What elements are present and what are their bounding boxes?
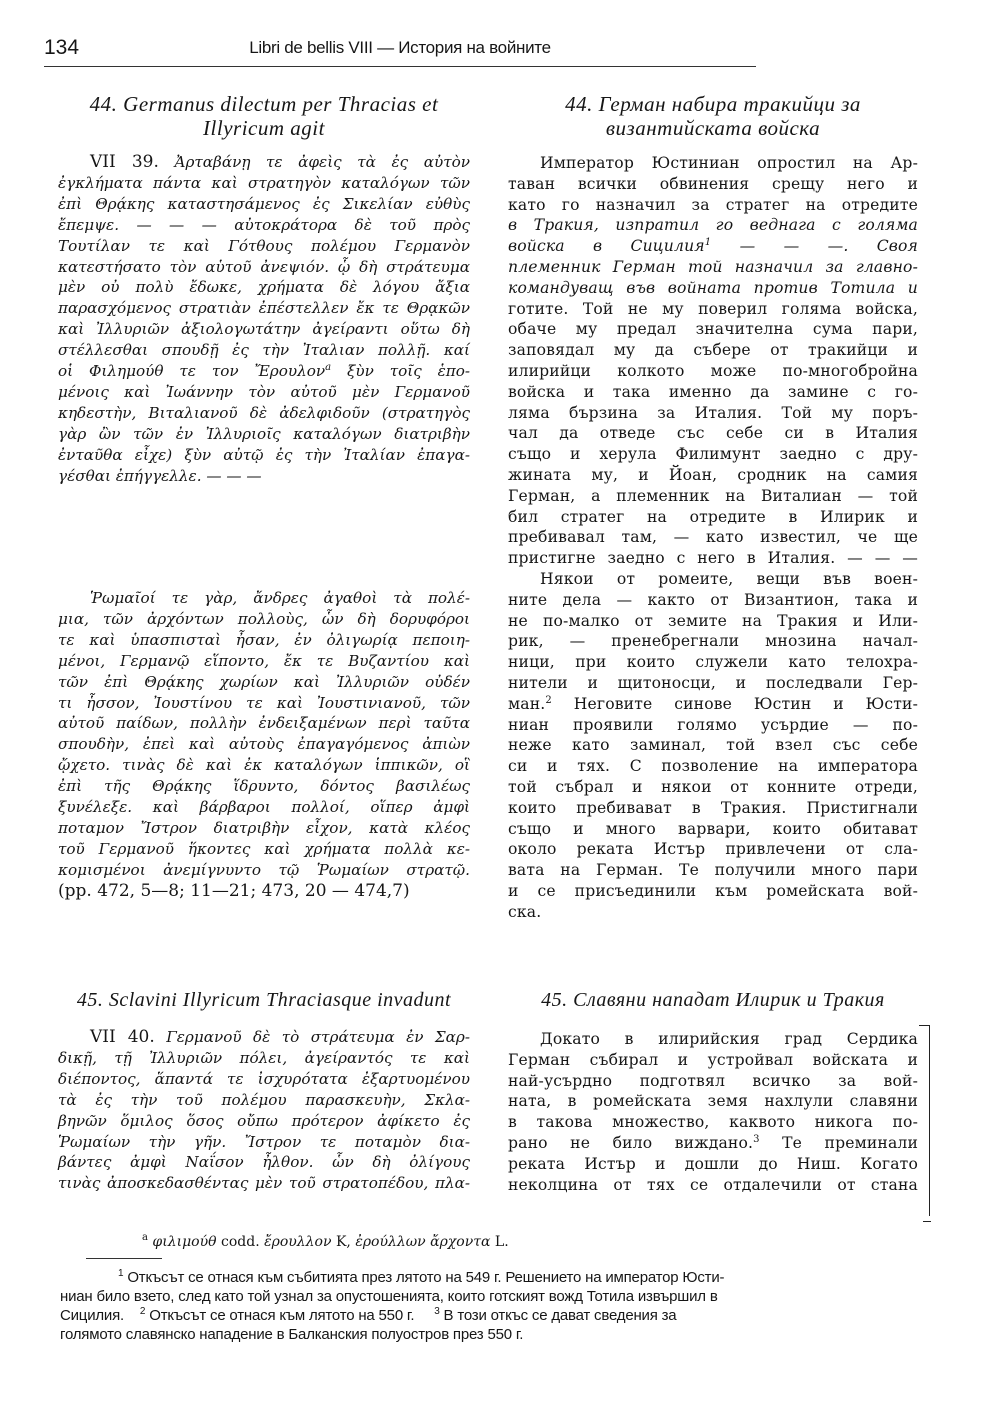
greek-text-44a: VII 39. Ἀρταβάνῃ τε ἀφεὶς τὰ ἐς αὐτὸν ἐγ… — [58, 152, 470, 487]
text-line: μὲν οὐ πολὺ ἔδωκε, χρήματα δὲ λόγου ἄξια — [58, 277, 470, 298]
footnotes: 1 Откъсът се отнася към събитията през л… — [60, 1268, 928, 1344]
text-line: Те преминали — [782, 1134, 918, 1152]
text-line: τοῦ Γερμανοῦ ἥκοντες καὶ χρήματα πολλὰ κ… — [58, 839, 470, 860]
text-line: τι ἧσσον, Ἰουστίνου τε καὶ Ἰουστινιανοῦ,… — [58, 693, 470, 714]
running-header: 134 Libri de bellis VIII — История на во… — [44, 36, 756, 67]
footnote-text: Сицилия. — [60, 1307, 124, 1324]
text-line: пристигне заедно с него в Италия. — — — — [508, 548, 918, 569]
text-line: δικῇ, τῇ Ἰλλυριῶν πόλει, ἀγείραντός τε κ… — [58, 1048, 470, 1069]
bulgarian-text-44: Император Юстиниан опростил на Ар- таван… — [508, 153, 918, 922]
apparatus-variant: φιλιμούθ — [152, 1234, 216, 1250]
text-line: в такова множество, каквото никога по- — [508, 1112, 918, 1133]
text-line: пребивавал там, — като известил, че ще — [508, 527, 918, 548]
text-line: Γερμανοῦ δὲ τὸ στράτευμα ἐν Σαρ- — [166, 1028, 470, 1046]
apparatus-marker: a — [325, 362, 331, 373]
bulgarian-heading-45: 45. Славяни нападат Илирик и Тракия — [508, 988, 918, 1012]
footnote-divider — [86, 1258, 162, 1259]
text-line: ната, в ромейската земя нахлули славяни — [508, 1091, 918, 1112]
text-line: Докато в илирийския град Сердика — [508, 1029, 918, 1050]
text-line: οἱ Φιλημούθ τε τον Ἔρουλον — [58, 362, 325, 380]
text-line: Някои от ромеите, вещи във воен- — [508, 569, 918, 590]
footnote-ref-2: 2 — [545, 695, 552, 706]
text-line: Ἀρταβάνῃ τε ἀφεὶς τὰ ἐς αὐτὸν — [175, 153, 471, 171]
heading-line: Illyricum agit — [58, 116, 470, 140]
greek-text-45: VII 40. Γερμανοῦ δὲ τὸ στράτευμα ἐν Σαρ-… — [58, 1027, 470, 1194]
text-line: Герман събирал и устройвал войската и — [508, 1050, 918, 1071]
text-line: ποταμον Ἴστρον διατριβὴν εἶχον, κατὰ κλέ… — [58, 818, 470, 839]
heading-line: 44. Germanus dilectum per Thracias et — [58, 92, 470, 116]
text-line: στέλλεσθαι σπουδῇ ἐς τὴν Ἰταλιαν πολλῇ. … — [58, 340, 470, 361]
text-line: ξυνέλεξε. καὶ βάρβαροι πολλοί, οἵπερ ἀμφ… — [58, 797, 470, 818]
latin-heading-44: 44. Germanus dilectum per Thracias et Il… — [58, 92, 470, 140]
text-line: αὐτοῦ παίδων, πολλὴν ἐνδειξαμένων περὶ τ… — [58, 713, 470, 734]
text-line: παρασχόμενος στρατιὰν ἐπέστελλεν ἔκ τε Θ… — [58, 298, 470, 319]
text-line: ска. — [508, 902, 918, 923]
greek-text-44b: Ῥωμαῖοί τε γὰρ, ἄνδρες ἀγαθοὶ τὰ πολέ- μ… — [58, 588, 470, 902]
bulgarian-text-45: Докато в илирийския град Сердика Герман … — [508, 1029, 918, 1195]
footnote-text: голямото славянско нападение в Балкански… — [60, 1325, 928, 1344]
passage-citation: (pp. 472, 5—8; 11—21; 473, 20 — 474,7) — [58, 881, 470, 902]
text-line: си и тях. С позволение на императора — [508, 756, 918, 777]
footnote-ref-3: 3 — [753, 1134, 760, 1145]
apparatus-note: codd. — [221, 1234, 260, 1250]
text-line: σπουδὴν, ἐπεὶ καὶ αὐτοὺς ἐπαγαγόμενος ἀπ… — [58, 734, 470, 755]
text-line: ᾤχετο. τινὰς δὲ καὶ ἐκ καταλόγων ἱππικῶν… — [58, 755, 470, 776]
text-line: ἐπὶ Θρᾴκης καταστησάμενος ἐς Σικελίαν εὐ… — [58, 194, 470, 215]
text-line: също и много варвари, които обитават — [508, 819, 918, 840]
text-line: войска и така именно да замине с го- — [508, 382, 918, 403]
text-line: в Тракия, изпратил го веднага с голяма — [508, 215, 918, 236]
text-line: войска в Сицилия — [508, 237, 705, 255]
text-line: чал да отведе със себе си в Италия — [508, 423, 918, 444]
text-line: — — —. Своя — [740, 237, 918, 255]
text-line: ξὺν τοῖς ἑπο- — [347, 362, 470, 380]
margin-bracket-mark — [919, 1025, 930, 1216]
text-line: като го назначил за стратег на отредите — [508, 195, 918, 216]
footnote-marker: 1 — [118, 1268, 123, 1279]
text-line: неколцина от тях се отдалечили от стана — [508, 1175, 918, 1196]
text-line: καὶ Ἰλλυριῶν ἀξιολογωτάτην ἀγείραντι οὕτ… — [58, 319, 470, 340]
text-line: ἐνταῦθα εἶχε) ξὺν αὐτῷ ἐς τὴν Ἰταλίαν ἐπ… — [58, 445, 470, 466]
text-line: които пребивават в Тракия. Пристигнали — [508, 798, 918, 819]
text-line: племенник Герман той назначил за главно- — [508, 257, 918, 278]
text-line: не по-малко от земите на Тракия и Или- — [508, 611, 918, 632]
text-line: вата на Герман. Те получили много пари — [508, 860, 918, 881]
text-line: ници, при които служели като телохра- — [508, 652, 918, 673]
footnote-2: Откъсът се отнася към лятото на 550 г. — [149, 1307, 414, 1324]
footnote-marker: 2 — [140, 1306, 145, 1317]
text-line: γέσθαι ἐπήγγελλε. — — — — [58, 466, 470, 487]
running-title: Libri de bellis VIII — История на войнит… — [44, 38, 756, 58]
footnote-3: В този откъс се дават сведения за — [444, 1307, 677, 1324]
footnote-line: Сицилия. 2 Откъсът се отнася към лятото … — [60, 1306, 928, 1325]
text-line: Τουτίλαν τε καὶ Γότθους πολέμου Γερμανὸν — [58, 236, 470, 257]
text-line: и се присъединили към ромейската вой- — [508, 881, 918, 902]
text-line: κηδεστὴν, Βιταλιανοῦ δὲ ἀδελφιδοῦν (στρα… — [58, 403, 470, 424]
text-line: Ῥωμαῖοί τε γὰρ, ἄνδρες ἀγαθοὶ τὰ πολέ- — [58, 588, 470, 609]
bulgarian-heading-44: 44. Герман набира тракийци за византийск… — [508, 92, 918, 140]
text-line: βάντες ἀμφὶ Ναΐσον ἦλθον. ὧν δὴ ὀλίγους — [58, 1152, 470, 1173]
heading-line: 44. Герман набира тракийци за — [508, 92, 918, 116]
greek-reference: VII 40. — [90, 1027, 155, 1047]
text-line: ляма бързина за Италия. Той му поръ- — [508, 403, 918, 424]
text-line: τε καὶ ὑπασπισταὶ ἦσαν, ἐν ὀλιγωρίᾳ πεπο… — [58, 630, 470, 651]
greek-reference: VII 39. — [90, 152, 159, 172]
text-line: τῶν ἐπὶ Θρᾴκης χωρίων καὶ Ἰλλυριῶν οὐδέν — [58, 672, 470, 693]
text-line: μένοις καὶ Ἰωάννην τὸν αὐτοῦ μὲν Γερμανο… — [58, 382, 470, 403]
text-line: ἔπεμψε. — — — αὐτοκράτορα δὲ τοῦ πρὸς — [58, 215, 470, 236]
text-line: той събрал и някои от конните отреди, — [508, 777, 918, 798]
text-line: илирийци колкото може по-многобройна — [508, 361, 918, 382]
text-line: Неговите синове Юстин и Юсти- — [574, 695, 918, 713]
text-line: γὰρ ὢν τῶν ἐν Ἰλλυριοῖς καταλόγων διατρι… — [58, 424, 470, 445]
apparatus-variant: ἐρούλλων ἄρχοντα — [355, 1234, 490, 1250]
text-line: таван всички обвинения срещу него и — [508, 174, 918, 195]
text-line: Ῥωμαίων τὴν γῆν. Ἴστρον τε ποταμὸν δια- — [58, 1132, 470, 1153]
text-line: най-усърдно подготвял всичко за вой- — [508, 1071, 918, 1092]
text-line: реката Истър и дошли до Ниш. Когато — [508, 1154, 918, 1175]
text-line: διέποντος, ἅπαντά τε ἰσχυρότατα ἐξαρτυομ… — [58, 1069, 470, 1090]
text-line: βηνῶν ὅμιλος ὅσος οὔπω πρότερον ἀφίκετο … — [58, 1111, 470, 1132]
apparatus-note: L. — [495, 1234, 509, 1250]
text-line: Император Юстиниан опростил на Ар- — [508, 153, 918, 174]
text-line: бил стратег на отредите в Илирик и — [508, 507, 918, 528]
text-line: заповядал му да събере от тракийци и — [508, 340, 918, 361]
text-line: κομισμένοι ἀνεμίγνυντο τῷ Ῥωμαίων στρατῷ… — [58, 860, 470, 881]
text-line: ниан проявили голямо усърдие — по- — [508, 715, 918, 736]
apparatus-variant: ἔρουλλον — [264, 1234, 331, 1250]
text-line: μένοι, Γερμανῷ εἵποντο, ἔκ τε Βυζαντίου … — [58, 651, 470, 672]
text-line: ните дела — както от Византион, така и — [508, 590, 918, 611]
text-line: ἐγκλήματα πάντα καὶ στρατηγὸν καταλόγων … — [58, 173, 470, 194]
text-line: жината му, и Йоан, сродник на самия — [508, 465, 918, 486]
footnote-marker: 3 — [434, 1306, 439, 1317]
text-line: също и херула Филимунт заедно с дру- — [508, 444, 918, 465]
text-line: κατεστήσατο τὸν αὑτοῦ ἀνεψιόν. ᾧ δὴ στρά… — [58, 257, 470, 278]
text-line: μια, τῶν ἀρχόντων πολλοὺς, ὧν δὴ δορυφόρ… — [58, 609, 470, 630]
text-line: рик, — пренебрегнали мнозина начал- — [508, 631, 918, 652]
text-line: рано не било виждано. — [508, 1134, 753, 1152]
text-line: нители и щитоносци, и последвали Гер- — [508, 673, 918, 694]
text-line: неже като заминал, той взел със себе — [508, 735, 918, 756]
text-line: ἐπὶ τῆς Θρᾴκης ἵδρυντο, δόντος βασιλέως — [58, 776, 470, 797]
text-line: готите. Той не му поверил голяма войска, — [508, 299, 918, 320]
latin-heading-45: 45. Sclavini Illyricum Thraciasque invad… — [58, 988, 470, 1012]
text-line: τὰ ἐς τὴν τοῦ πολέμου παρασκευὴν, Σκλα- — [58, 1090, 470, 1111]
footnote-ref-1: 1 — [705, 237, 712, 248]
critical-apparatus: a φιλιμούθ codd. ἔρουλλον K, ἐρούλλων ἄρ… — [142, 1234, 509, 1250]
heading-line: византийската войска — [508, 116, 918, 140]
text-line: командуващ във войната против Тотила и — [508, 278, 918, 299]
footnote-text: ниан било взето, след като той узнал за … — [60, 1287, 928, 1306]
text-line: ман. — [508, 695, 545, 713]
text-line: обаче му предал значителна сума пари, — [508, 319, 918, 340]
text-line: Герман, а племенник на Виталиан — той — [508, 486, 918, 507]
footnote-1: 1 Откъсът се отнася към събитията през л… — [60, 1268, 928, 1287]
apparatus-marker: a — [142, 1232, 148, 1243]
apparatus-note: K, — [336, 1234, 351, 1250]
text-line: τινὰς ἀποσκεδασθέντας μὲν τοῦ στρατοπέδο… — [58, 1173, 470, 1194]
footnote-text: Откъсът се отнася към събитията през лят… — [127, 1269, 724, 1286]
text-line: около реката Истър привлечени от сла- — [508, 839, 918, 860]
